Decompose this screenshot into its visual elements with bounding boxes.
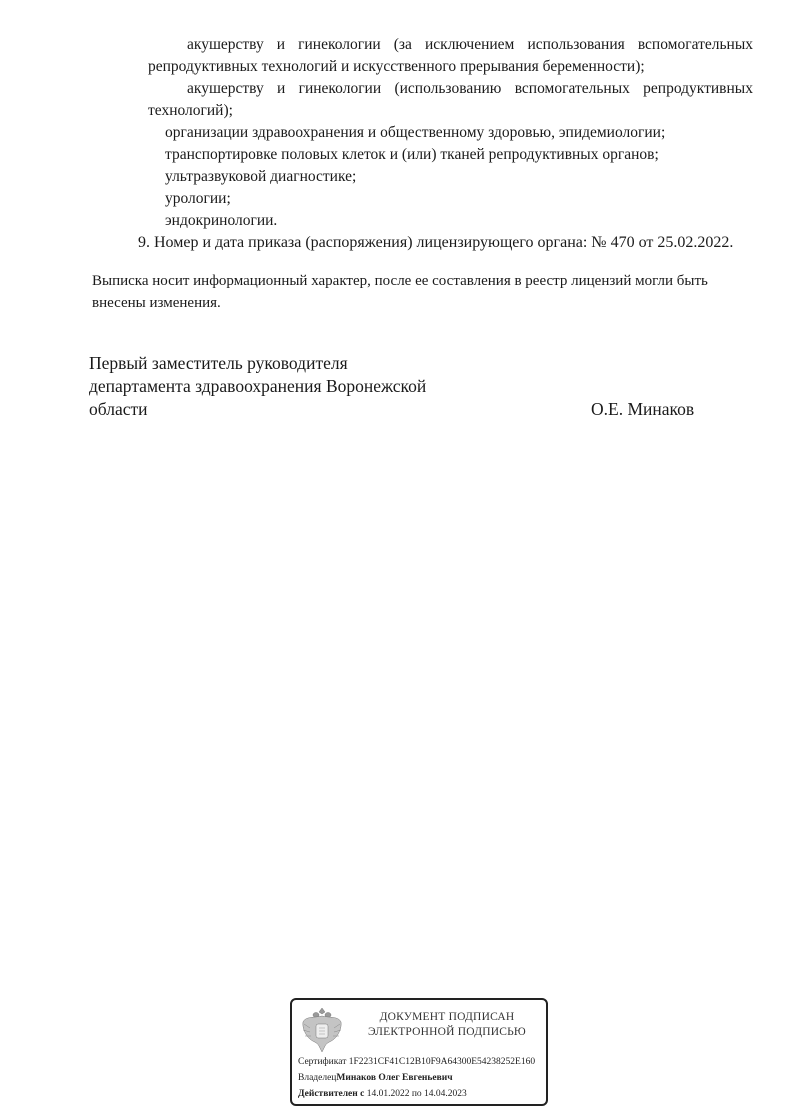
word: акушерству xyxy=(187,34,264,56)
specialty-item-7: эндокринологии. xyxy=(165,210,277,232)
valid-to: 14.04.2023 xyxy=(424,1089,467,1099)
specialty-item-6: урологии; xyxy=(165,188,231,210)
word: вспомогательных xyxy=(515,78,630,100)
word: и xyxy=(277,34,285,56)
signatory-position-line-3: области xyxy=(89,398,148,421)
electronic-signature-stamp: ДОКУМЕНТ ПОДПИСАН ЭЛЕКТРОННОЙ ПОДПИСЬЮ С… xyxy=(290,998,548,1106)
valid-to-label: по xyxy=(412,1089,422,1099)
specialty-item-1-line-2: репродуктивных технологий и искусственно… xyxy=(148,56,645,78)
signatory-name: О.Е. Минаков xyxy=(591,398,694,421)
specialty-item-2-line-2: технологий); xyxy=(148,100,233,122)
specialty-item-4: транспортировке половых клеток и (или) т… xyxy=(165,144,659,166)
specialty-item-5: ультразвуковой диагностике; xyxy=(165,166,356,188)
word: (использованию xyxy=(394,78,501,100)
signatory-position-line-2: департамента здравоохранения Воронежской xyxy=(89,375,426,398)
owner-label: Владелец xyxy=(298,1073,336,1083)
certificate-row: Сертификат 1F2231CF41C12B10F9A64300E5423… xyxy=(298,1056,535,1068)
word: использования xyxy=(527,34,624,56)
stamp-title-line-1: ДОКУМЕНТ ПОДПИСАН xyxy=(352,1010,542,1025)
stamp-title: ДОКУМЕНТ ПОДПИСАН ЭЛЕКТРОННОЙ ПОДПИСЬЮ xyxy=(352,1010,542,1040)
specialty-item-2-line-1: акушерствуигинекологии(использованиювспо… xyxy=(187,78,753,100)
word: (за xyxy=(394,34,412,56)
word: гинекологии xyxy=(299,78,382,100)
valid-label: Действителен с xyxy=(298,1089,364,1099)
word: акушерству xyxy=(187,78,264,100)
valid-from: 14.01.2022 xyxy=(367,1089,410,1099)
stamp-title-line-2: ЭЛЕКТРОННОЙ ПОДПИСЬЮ xyxy=(352,1025,542,1040)
owner-value: Минаков Олег Евгеньевич xyxy=(336,1073,452,1083)
disclaimer-line-1: Выписка носит информационный характер, п… xyxy=(92,270,708,292)
word: репродуктивных xyxy=(643,78,753,100)
validity-row: Действителен с 14.01.2022 по 14.04.2023 xyxy=(298,1088,467,1100)
order-number-line: 9. Номер и дата приказа (распоряжения) л… xyxy=(138,232,733,254)
word: и xyxy=(277,78,285,100)
specialty-item-3: организации здравоохранения и общественн… xyxy=(165,122,665,144)
certificate-label: Сертификат xyxy=(298,1057,346,1067)
word: гинекологии xyxy=(298,34,381,56)
word: вспомогательных xyxy=(638,34,753,56)
disclaimer-line-2: внесены изменения. xyxy=(92,292,221,314)
specialty-item-1-line-1: акушерствуигинекологии(заисключениемиспо… xyxy=(187,34,753,56)
signatory-position-line-1: Первый заместитель руководителя xyxy=(89,352,348,375)
word: исключением xyxy=(425,34,514,56)
owner-row: ВладелецМинаков Олег Евгеньевич xyxy=(298,1072,453,1084)
certificate-value: 1F2231CF41C12B10F9A64300E54238252E160 xyxy=(349,1057,535,1067)
russian-coat-of-arms-icon xyxy=(300,1006,344,1054)
